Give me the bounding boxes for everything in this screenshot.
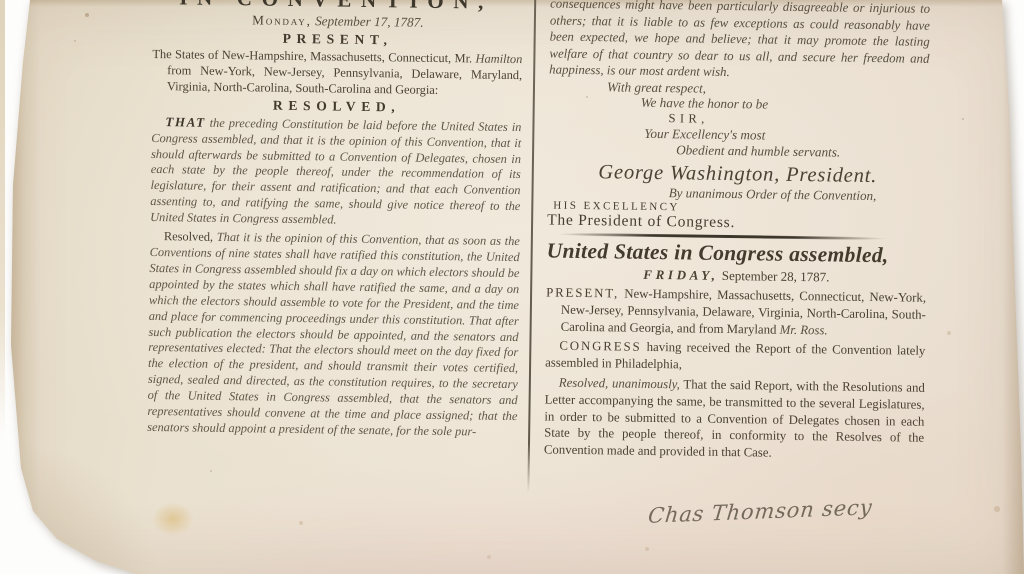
resolved-unanimously-paragraph: Resolved, unanimously, That the said Rep… <box>544 375 925 463</box>
resolved-unanimously-lead: Resolved, unanimously, <box>559 376 680 392</box>
scan-background: IN CONVENTION, Monday, September 17, 178… <box>0 0 1024 574</box>
washington-signature-line: George Washington, President. <box>548 161 928 189</box>
resolution-paragraph-2: Resolved, That it is the opinion of this… <box>147 229 520 441</box>
ross-name: Mr. Ross. <box>780 322 828 337</box>
resolution-1-text: the preceding Constitution be laid befor… <box>150 115 521 226</box>
session-dateline: FRIDAY, September 28, 1787. <box>546 266 926 287</box>
congress-assembled-heading: United States in Congress assembled, <box>547 239 927 269</box>
document-page: IN CONVENTION, Monday, September 17, 178… <box>0 0 1024 574</box>
weekday-label: Monday, <box>252 12 312 28</box>
letter-closing-paragraph: consequences might have been particularl… <box>549 0 930 84</box>
present-paragraph: PRESENT, New-Hampshire, Massachusetts, C… <box>546 285 927 340</box>
date-text: September 17, 1787. <box>312 13 424 30</box>
that-lead-word: THAT <box>165 114 205 130</box>
resolution-paragraph-1: THAT the preceding Constitution be laid … <box>150 114 522 231</box>
congress-lead-word: CONGRESS <box>559 339 641 354</box>
resolution-2-text: That it is the opinion of this Conventio… <box>147 230 520 439</box>
delegations-paragraph: The States of New-Hampshire, Massachuset… <box>152 47 523 100</box>
printed-content: IN CONVENTION, Monday, September 17, 178… <box>0 0 1024 574</box>
letter-closing-text: consequences might have been particularl… <box>549 0 930 79</box>
friday-label: FRIDAY, <box>643 267 718 283</box>
thomson-signature: Chas Thomson secy <box>647 495 874 528</box>
session-date-text: September 28, 1787. <box>718 268 829 285</box>
resolved-lead-word: Resolved, <box>164 229 213 244</box>
hamilton-name: Hamilton <box>475 51 522 66</box>
order-of-convention-text: By unanimous Order of the Convention, <box>669 186 877 204</box>
delegations-text-cont: from New-York, New-Jersey, Pennsylvania,… <box>167 63 522 97</box>
foxing-speckles <box>0 0 2 2</box>
left-column: IN CONVENTION, Monday, September 17, 178… <box>147 0 523 441</box>
column-divider-rule <box>527 0 536 492</box>
right-column: consequences might have been particularl… <box>544 1 930 464</box>
present-lead-word: PRESENT, <box>546 286 619 301</box>
valediction-servants: Obedient and humble servants. <box>676 142 928 161</box>
congress-report-paragraph: CONGRESS having received the Report of t… <box>545 338 925 376</box>
